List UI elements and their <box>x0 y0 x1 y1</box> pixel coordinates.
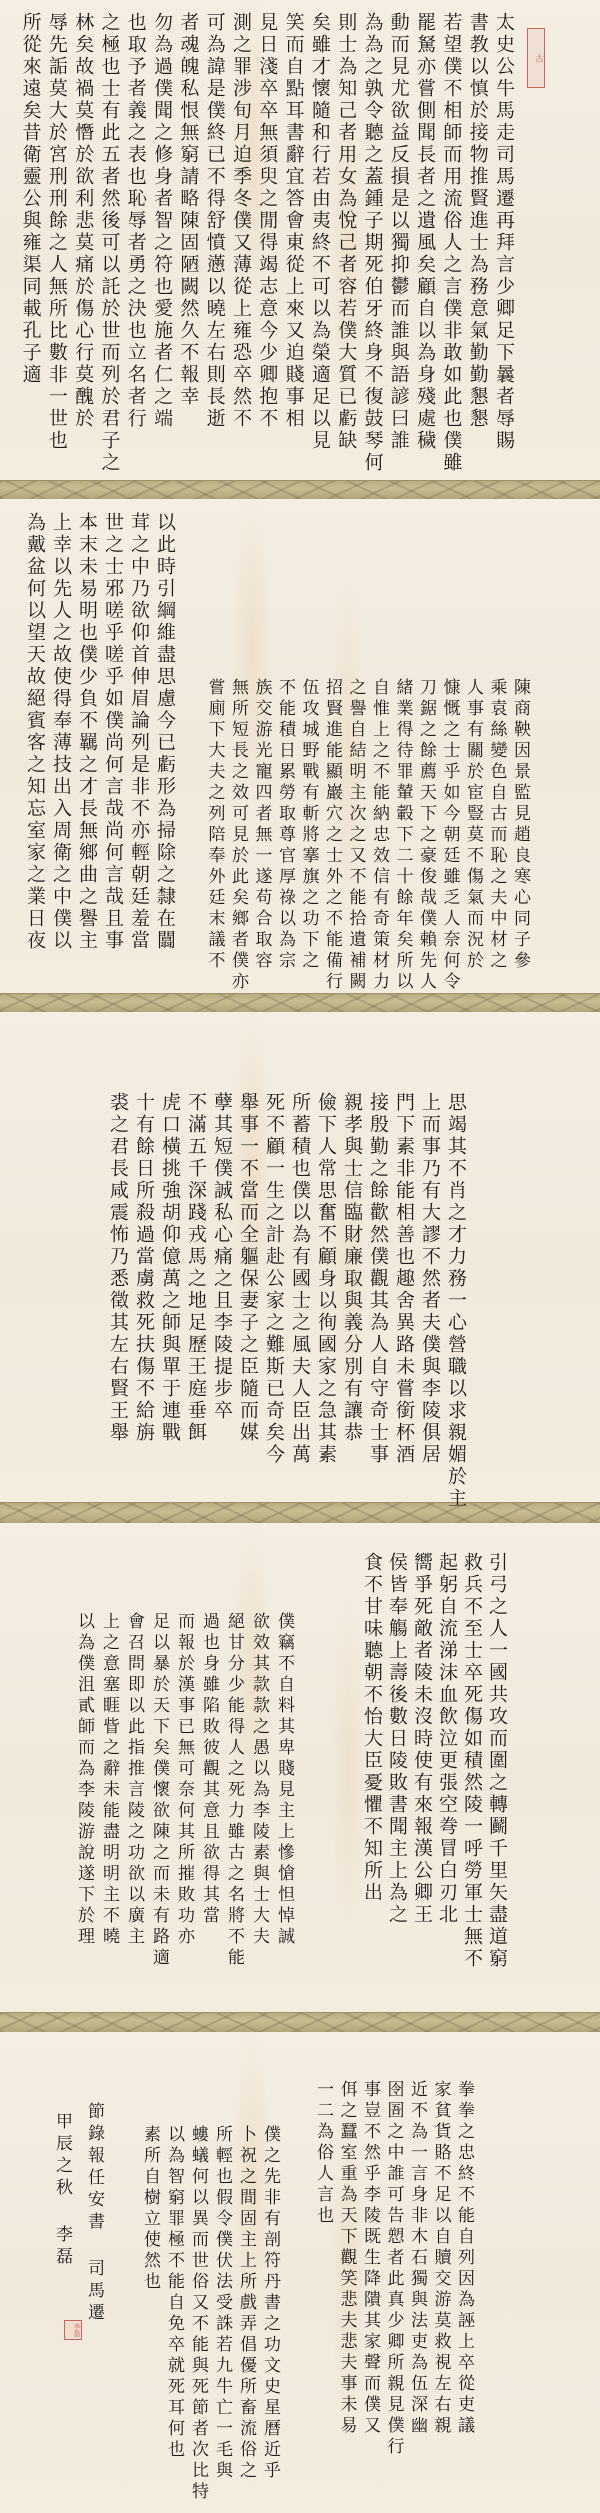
calligraphy-column: 之譽自結明主次之又不能拾遺補闕 <box>344 678 368 993</box>
brocade-divider-4 <box>0 2012 600 2033</box>
calligraphy-column: 虎口橫挑強胡仰億萬之師與單于連戰 <box>158 1092 182 1444</box>
calligraphy-column: 林矣故禍莫憯於欲利悲莫痛於傷心行莫醜於 <box>71 12 95 430</box>
inscription-title-line: 節錄報任安書 司馬遷 <box>82 2102 106 2325</box>
calligraphy-column: 上幸以先人之故使得奉薄技出入周衛之中僕以 <box>49 512 73 952</box>
calligraphy-column: 以為智窮罪極不能自免卒就死耳何也 <box>162 2125 186 2461</box>
calligraphy-column: 嚮爭死敵者陵未沒時使有來報漢公卿王 <box>410 1552 434 1926</box>
calligraphy-column: 所從來遠矣昔衛靈公與雍渠同載孔子適 <box>19 12 43 386</box>
calligraphy-column: 慷慨之士乎如今朝廷雖乏人奈何令 <box>438 678 462 993</box>
calligraphy-column: 門下素非能相善也趣舍異路未嘗銜杯酒 <box>392 1092 416 1466</box>
calligraphy-column: 起躬自流涕沫血飲泣更張空弮冒白刃北 <box>435 1552 459 1926</box>
calligraphy-column: 十有餘日所殺過當虜救死扶傷不給旃 <box>132 1092 156 1444</box>
calligraphy-column: 辱先詬莫大於宮刑刑餘之人無所比數非一世也 <box>45 12 69 452</box>
calligraphy-column: 僕竊不自料其卑賤見主上慘愴怛悼誠 <box>272 1612 296 1948</box>
calligraphy-column: 招賢進能顯巖穴之士外之不能備行 <box>320 678 344 993</box>
calligraphy-column: 則士為知己者用女為悅己者容若僕大質已虧缺 <box>334 12 358 452</box>
calligraphy-column: 囹圄之中誰可告愬者此真少卿所親見僕行 <box>382 2080 406 2458</box>
calligraphy-column: 乘袁絲變色自古而恥之夫中材之 <box>485 678 509 972</box>
calligraphy-column: 族交游光寵四者無一遂苟合取容 <box>250 678 274 972</box>
calligraphy-column: 拳拳之忠終不能自列因為誣上卒從吏議 <box>452 2080 476 2437</box>
calligraphy-column: 動而見尤欲益反損是以獨抑鬱而誰與語諺曰誰 <box>387 12 411 452</box>
calligraphy-column: 舉事一不當而全軀保妻子之臣隨而媒 <box>236 1092 260 1444</box>
calligraphy-column: 佴之蠶室重為天下觀笑悲夫悲夫事未易 <box>335 2080 359 2437</box>
calligraphy-column: 近不為一言身非木石獨與法吏為伍深幽 <box>405 2080 429 2437</box>
calligraphy-column: 過也身雖陷敗彼觀其意且欲得其當 <box>197 1612 221 1927</box>
calligraphy-column: 茸之中乃欲仰首伸眉論列是非不亦輕朝廷羞當 <box>127 512 151 952</box>
calligraphy-column: 矣雖才懷隨和行若由夷終不可以為榮適足以見 <box>308 12 332 452</box>
calligraphy-column: 所輕也假令僕伏法受誅若九牛亡一毛與 <box>210 2125 234 2482</box>
calligraphy-column: 引弓之人一國共攻而圍之轉鬬千里矢盡道窮 <box>485 1552 509 1970</box>
calligraphy-column: 食不甘味聽朝不怡大臣憂懼不知所出 <box>360 1552 384 1904</box>
calligraphy-column: 也取予者義之表也恥辱者勇之決也立名者行 <box>124 12 148 430</box>
calligraphy-column: 上而事乃有大謬不然者夫僕與李陵俱居 <box>418 1092 442 1466</box>
calligraphy-column: 無所短長之效可見於此矣鄉者僕亦 <box>226 678 250 993</box>
calligraphy-column: 之極也士有此五者然後可以託於世而列於君子之 <box>98 12 122 474</box>
calligraphy-column: 可為諱是僕終已不得舒憤懣以曉左右則長逝 <box>203 12 227 430</box>
calligraphy-column: 人事有關於宦豎莫不傷氣而況於 <box>461 678 485 972</box>
calligraphy-column: 足以暴於天下矣僕懷欲陳之而未有路適 <box>147 1612 171 1969</box>
calligraphy-column: 罷駑亦嘗側聞長者之遺風矣顧自以為身殘處穢 <box>413 12 437 452</box>
calligraphy-column: 侯皆奉觴上壽後數日陵敗書聞主上為之 <box>385 1552 409 1926</box>
calligraphy-column: 親孝與士信臨財廉取與義分別有讓恭 <box>340 1092 364 1444</box>
calligraphy-column: 笑而自點耳書辭宜答會東從上來又迫賤事相 <box>282 12 306 430</box>
calligraphy-column: 卜祝之間固主上所戲弄倡優所畜流俗之 <box>234 2125 258 2482</box>
calligraphy-column: 本末未易明也僕少負不羈之才長無鄉曲之譽主 <box>75 512 99 952</box>
calligraphy-column: 死不顧一生之計赴公家之難斯已奇矣今 <box>262 1092 286 1466</box>
calligraphy-column: 書教以慎於接物推賢進士為務意氣勤勤懇懇 <box>466 12 490 430</box>
calligraphy-column: 以為僕沮貳師而為李陵游說遂下於理 <box>72 1612 96 1948</box>
calligraphy-column: 測之罪涉旬月迫季冬僕又薄從上雍恐卒然不 <box>229 12 253 430</box>
calligraphy-column: 勿為過僕聞之修身者智之符也愛施者仁之端 <box>150 12 174 430</box>
calligraphy-column: 若望僕不相師而用流俗人之言僕非敢如此也僕雖 <box>439 12 463 474</box>
calligraphy-column: 為為之孰令聽之蓋鍾子期死伯牙終身不復鼓琴何 <box>361 12 385 474</box>
calligraphy-column: 世之士邪嗟乎嗟乎如僕尚何言哉尚何言哉且事 <box>101 512 125 952</box>
calligraphy-column: 上之意塞睚眥之辭未能盡明明主不曉 <box>97 1612 121 1948</box>
calligraphy-column: 儉下人常思奮不顧身以徇國家之急其素 <box>314 1092 338 1466</box>
calligraphy-column: 裘之君長咸震怖乃悉徵其左右賢王舉 <box>106 1092 130 1444</box>
calligraphy-column: 不滿五千深踐戎馬之地足歷王庭垂餌 <box>184 1092 208 1444</box>
brocade-divider-2 <box>0 993 600 1013</box>
calligraphy-column: 僕之先非有剖符丹書之功文史星曆近乎 <box>258 2125 282 2482</box>
collector-seal-top: 古 <box>527 28 545 88</box>
inscription-date-signature: 甲辰之秋 李磊 <box>50 2112 74 2269</box>
calligraphy-column: 接殷勤之餘歡然僕觀其為人自守奇士事 <box>366 1092 390 1466</box>
calligraphy-column: 太史公牛馬走司馬遷再拜言少卿足下曩者辱賜 <box>492 12 516 452</box>
calligraphy-column: 思竭其不肖之才力務一心營職以求親媚於主 <box>444 1092 468 1510</box>
calligraphy-column: 一二為俗人言也 <box>311 2080 335 2227</box>
calligraphy-column: 為戴盆何以望天故絕賓客之知忘室家之業日夜 <box>23 512 47 952</box>
calligraphy-column: 陳商鞅因景監見趙良寒心同子參 <box>508 678 532 972</box>
calligraphy-column: 者魂魄私恨無窮請略陳固陋闕然久不報幸 <box>176 12 200 408</box>
calligraphy-column: 不能積日累勞取尊官厚祿以為宗 <box>273 678 297 972</box>
calligraphy-column: 自惟上之不能納忠效信有奇策材力 <box>367 678 391 993</box>
calligraphy-column: 絕甘分少能得人之死力雖古之名將不能 <box>222 1612 246 1969</box>
calligraphy-column: 而報於漢事已無可奈何其所摧敗功亦 <box>172 1612 196 1948</box>
calligraphy-column: 緒業得待罪輦轂下二十餘年矣所以 <box>391 678 415 993</box>
calligraphy-column: 會召問即以此指推言陵之功欲以廣主 <box>122 1612 146 1948</box>
calligraphy-column: 家貧貨賂不足以自贖交游莫救視左右親 <box>429 2080 453 2437</box>
calligraphy-column: 伍攻城野戰有斬將搴旗之功下之 <box>297 678 321 972</box>
artist-seal: 李磊 <box>64 2320 82 2340</box>
brocade-divider-1 <box>0 480 600 500</box>
calligraphy-column: 救兵不至士卒死傷如積然陵一呼勞軍士無不 <box>460 1552 484 1970</box>
calligraphy-column: 刀鋸之餘薦天下之豪俊哉僕賴先人 <box>414 678 438 993</box>
brocade-divider-3 <box>0 1502 600 1524</box>
calligraphy-column: 以此時引綱維盡思慮今已虧形為掃除之隸在闒 <box>153 512 177 952</box>
calligraphy-column: 見日淺卒卒無須臾之閒得竭志意今少卿抱不 <box>255 12 279 430</box>
calligraphy-column: 素所自樹立使然也 <box>138 2125 162 2293</box>
calligraphy-column: 欲效其款款之愚以為李陵素與士大夫 <box>247 1612 271 1948</box>
calligraphy-column: 事豈不然乎李陵既生降隤其家聲而僕又 <box>358 2080 382 2437</box>
calligraphy-column: 嘗廁下大夫之列陪奉外廷末議不 <box>203 678 227 972</box>
calligraphy-column: 孽其短僕誠私心痛之且李陵提步卒 <box>210 1092 234 1422</box>
calligraphy-column: 所蓄積也僕以為有國士之風夫人臣出萬 <box>288 1092 312 1466</box>
calligraphy-column: 螻蟻何以異而世俗又不能與死節者次比特 <box>186 2125 210 2503</box>
